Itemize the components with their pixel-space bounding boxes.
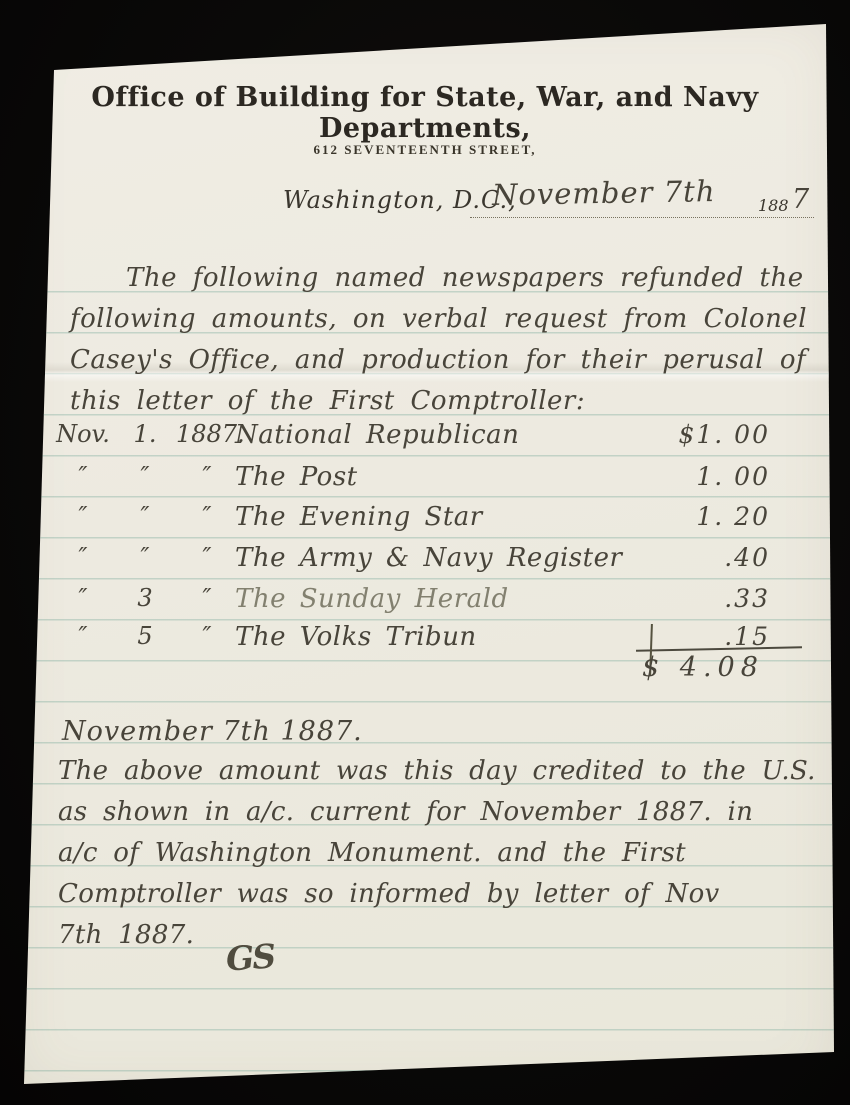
clerk-initials: GS bbox=[225, 936, 276, 978]
intro-paragraph: The following named newspapers refunded … bbox=[70, 263, 815, 427]
intro-line: following amounts, on verbal request fro… bbox=[70, 304, 815, 345]
refund-amount: .40 bbox=[630, 543, 770, 572]
letterhead-address: 612 SEVENTEENTH STREET, bbox=[40, 142, 810, 158]
ledger-date: ″″″ bbox=[52, 543, 242, 571]
ledger-row: ″″″ The Army & Navy Register .40 bbox=[0, 543, 850, 583]
intro-line: The following named newspapers refunded … bbox=[70, 263, 815, 304]
newspaper-name: The Evening Star bbox=[235, 502, 483, 532]
refund-amount: $1. 00 bbox=[630, 420, 770, 449]
note-line: 7th 1887. bbox=[58, 920, 818, 961]
handwritten-date: November 7th bbox=[492, 174, 716, 212]
refund-amount: 1. 00 bbox=[630, 462, 770, 491]
newspaper-name: The Post bbox=[235, 462, 358, 492]
date-dotted-line bbox=[470, 217, 814, 218]
ledger-date: ″5″ bbox=[52, 622, 242, 650]
ledger-date: Nov.1.1887. bbox=[52, 420, 242, 448]
ledger-date: ″″″ bbox=[52, 462, 242, 490]
note-line: as shown in a/c. current for November 18… bbox=[58, 797, 818, 838]
credit-note: The above amount was this day credited t… bbox=[58, 756, 818, 961]
ledger-date: ″″″ bbox=[52, 502, 242, 530]
letterhead-city-line: Washington, D.C., bbox=[283, 186, 517, 214]
ledger-date: ″3″ bbox=[52, 584, 242, 612]
ledger-row: ″3″ The Sunday Herald .33 bbox=[0, 584, 850, 624]
note-date: November 7th 1887. bbox=[62, 716, 363, 747]
refund-amount: 1. 20 bbox=[630, 502, 770, 531]
refund-amount: .33 bbox=[630, 584, 770, 613]
newspaper-name: The Volks Tribun bbox=[235, 622, 477, 652]
printed-year: 188 bbox=[758, 196, 789, 215]
ledger-row: ″″″ The Post 1. 00 bbox=[0, 462, 850, 502]
note-line: Comptroller was so informed by letter of… bbox=[58, 879, 818, 920]
handwritten-year-digit: 7 bbox=[792, 184, 809, 215]
note-line: a/c of Washington Monument. and the Firs… bbox=[58, 838, 818, 879]
newspaper-name: The Sunday Herald bbox=[235, 584, 509, 614]
letterhead-title: Office of Building for State, War, and N… bbox=[40, 82, 810, 144]
ledger-row: ″″″ The Evening Star 1. 20 bbox=[0, 502, 850, 542]
paper-sheet: Office of Building for State, War, and N… bbox=[0, 0, 850, 1105]
newspaper-name: National Republican bbox=[235, 420, 519, 450]
note-line: The above amount was this day credited t… bbox=[58, 756, 818, 797]
ledger-row: Nov.1.1887. National Republican $1. 00 bbox=[0, 420, 850, 460]
total-amount: $ 4.08 bbox=[642, 652, 764, 683]
newspaper-name: The Army & Navy Register bbox=[235, 543, 622, 573]
intro-line: Casey's Office, and production for their… bbox=[70, 345, 815, 386]
